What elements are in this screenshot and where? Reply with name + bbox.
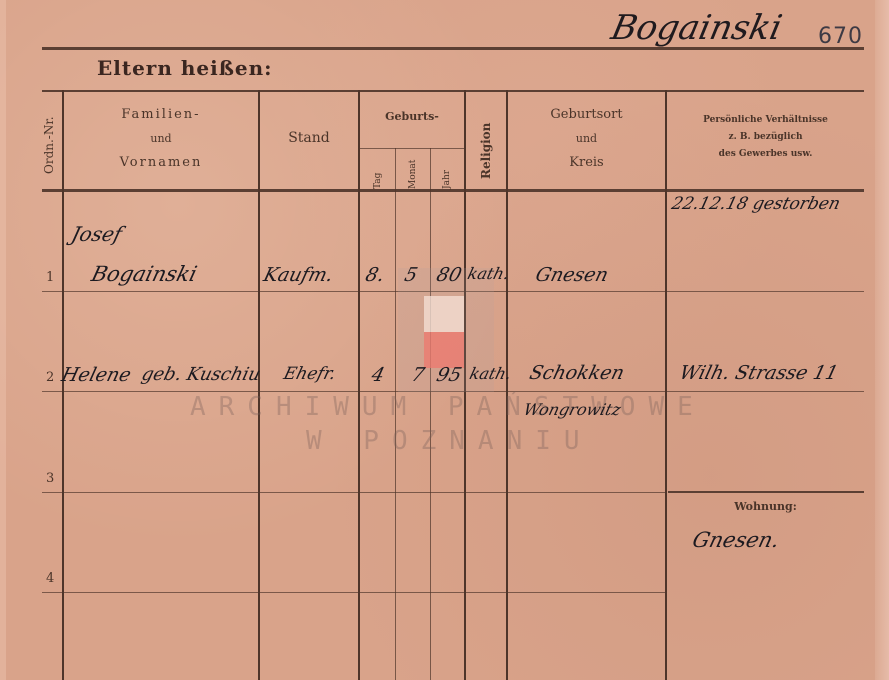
top-rule — [42, 47, 864, 50]
col-header-birthplace-line3: Kreis — [508, 151, 665, 175]
row-number-1: 1 — [46, 270, 54, 285]
row2-birthplace: Schokken — [527, 362, 626, 384]
section-title: Eltern heißen: — [97, 56, 273, 80]
col-divider-religion — [506, 90, 508, 680]
row-rule-4 — [42, 592, 666, 593]
col-header-names-line2: und — [64, 127, 258, 151]
row-number-4: 4 — [46, 571, 54, 586]
col-header-personal-line2: z. B. bezüglich — [667, 129, 864, 146]
polish-flag-stamp — [424, 296, 464, 368]
row-number-3: 3 — [46, 471, 54, 486]
row2-first-name: Helene — [59, 364, 133, 386]
flag-white-band — [424, 296, 464, 332]
watermark-line1: ARCHIWUM PAŃSTWOWE — [190, 392, 706, 422]
col-header-religion: Religion — [479, 99, 493, 179]
watermark-line2: W POZNANIU — [306, 426, 593, 456]
col-header-order-no: Ordn.-Nr. — [42, 104, 56, 174]
col-header-birth-day: Tag — [373, 145, 383, 189]
col-header-birthplace-line2: und — [508, 127, 665, 151]
row2-birthplace-district: Wongrowitz — [522, 400, 623, 419]
row2-status: Ehefr. — [282, 364, 338, 384]
col-header-personal-line1: Persönliche Verhältnisse — [667, 112, 864, 129]
col-header-birth-month: Monat — [408, 145, 418, 189]
row2-religion: kath. — [468, 364, 514, 383]
col-header-birth: Geburts- — [360, 110, 464, 123]
row-rule-3 — [42, 492, 666, 493]
card-edge-right — [875, 0, 889, 680]
header-bottom-rule — [42, 189, 864, 192]
col-header-status: Stand — [260, 130, 358, 146]
row1-birth-day: 8. — [363, 264, 387, 286]
row1-religion: kath. — [466, 264, 512, 283]
row-number-2: 2 — [46, 370, 54, 385]
row1-family-name: Bogainski — [89, 262, 199, 286]
row2-personal-notes: Wilh. Strasse 11 — [677, 362, 840, 384]
col-divider-names — [258, 90, 260, 680]
col-header-birthplace: Geburtsort und Kreis — [508, 103, 665, 175]
row1-status: Kaufm. — [261, 264, 335, 286]
row1-first-name: Josef — [69, 222, 125, 246]
card-edge-left — [0, 0, 6, 680]
col-header-birth-year: Jahr — [442, 145, 452, 189]
row1-personal-notes: 22.12.18 gestorben — [670, 194, 843, 214]
col-header-birthplace-line1: Geburtsort — [508, 103, 665, 127]
col-header-personal: Persönliche Verhältnisse z. B. bezüglich… — [667, 112, 864, 163]
col-header-names-line1: Familien- — [64, 103, 258, 127]
table-top-rule — [42, 90, 864, 92]
row1-birthplace: Gnesen — [533, 264, 610, 286]
col-divider-status — [358, 90, 360, 680]
flag-red-band — [424, 332, 464, 368]
col-header-personal-line3: des Gewerbes usw. — [667, 146, 864, 163]
reference-number: 670 — [818, 24, 863, 49]
residence-value: Gnesen. — [690, 528, 782, 552]
handwritten-surname: Bogainski — [608, 8, 786, 48]
col-header-names-line3: Vornamen — [64, 151, 258, 175]
row2-family-name: geb. Kuschiu — [139, 364, 262, 385]
row2-birth-day: 4 — [369, 364, 387, 386]
residence-label: Wohnung: — [667, 500, 864, 513]
col-header-names: Familien- und Vornamen — [64, 103, 258, 175]
residence-rule — [668, 491, 864, 493]
col-divider-birthplace — [665, 90, 667, 680]
